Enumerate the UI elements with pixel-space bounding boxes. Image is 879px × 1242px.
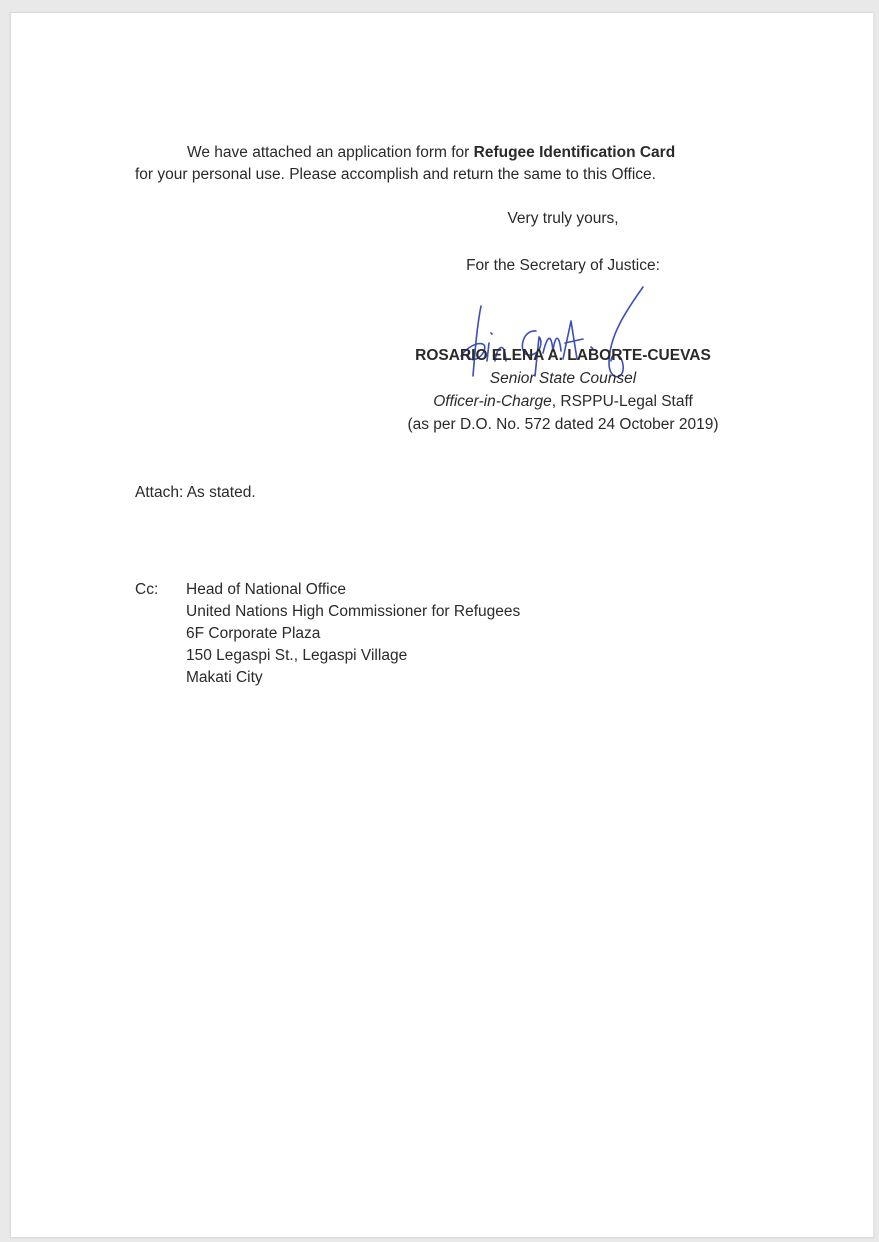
cc-recipient-block: Head of National Office United Nations H… [186, 579, 520, 689]
body-line2-text: for your personal use. Please accomplish… [135, 164, 675, 186]
cc-line: United Nations High Commissioner for Ref… [186, 601, 520, 623]
body-line1-text: We have attached an application form for [187, 144, 474, 161]
cc-label: Cc: [135, 579, 158, 601]
signatory-role: Officer-in-Charge, RSPPU-Legal Staff [383, 393, 743, 411]
on-behalf-line: For the Secretary of Justice: [383, 257, 743, 275]
cc-line: 6F Corporate Plaza [186, 623, 520, 645]
cc-line: Makati City [186, 667, 520, 689]
signatory-authority: (as per D.O. No. 572 dated 24 October 20… [383, 416, 743, 434]
attachment-note: Attach: As stated. [135, 482, 256, 504]
signatory-title: Senior State Counsel [383, 370, 743, 388]
signatory-name: ROSARIO ELENA A. LABORTE-CUEVAS [383, 347, 743, 365]
body-paragraph: We have attached an application form for… [135, 142, 675, 186]
signatory-role-italic: Officer-in-Charge [433, 393, 552, 410]
document-page: We have attached an application form for… [10, 12, 874, 1237]
cc-line: 150 Legaspi St., Legaspi Village [186, 645, 520, 667]
signatory-role-rest: , RSPPU-Legal Staff [552, 393, 693, 410]
form-name: Refugee Identification Card [474, 144, 676, 161]
closing-salutation: Very truly yours, [383, 210, 743, 228]
cc-line: Head of National Office [186, 579, 520, 601]
